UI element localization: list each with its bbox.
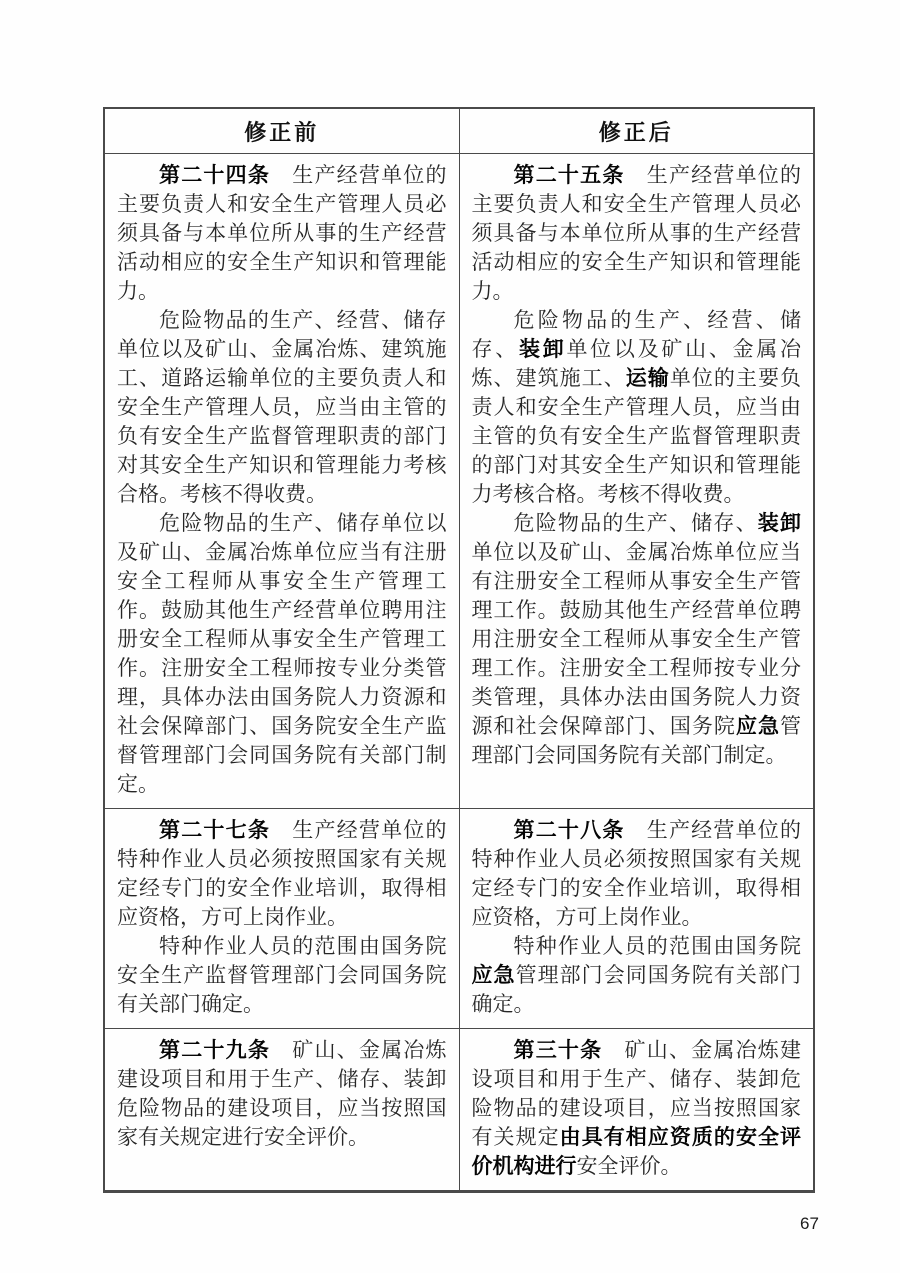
before-cell-row-1: 第二十四条 生产经营单位的主要负责人和安全生产管理人员必须具备与本单位所从事的生…	[104, 154, 459, 809]
comparison-row-2: 第二十七条 生产经营单位的特种作业人员必须按照国家有关规定经专门的安全作业培训，…	[104, 809, 814, 1029]
column-header-after: 修正后	[459, 108, 814, 154]
amended-text-run: 装卸	[758, 512, 801, 535]
amended-text-run: 装卸	[519, 338, 566, 361]
table-header: 修正前 修正后	[104, 108, 814, 154]
amended-text-run: 应急	[736, 715, 780, 738]
amended-text-run: 应急	[472, 964, 516, 987]
document-page: 修正前 修正后 第二十四条 生产经营单位的主要负责人和安全生产管理人员必须具备与…	[0, 0, 900, 1273]
amendment-comparison-table: 修正前 修正后 第二十四条 生产经营单位的主要负责人和安全生产管理人员必须具备与…	[103, 107, 815, 1193]
header-row: 修正前 修正后	[104, 108, 814, 154]
amended-text-run: 第三十条	[514, 1039, 603, 1062]
paragraph: 第三十条 矿山、金属冶炼建设项目和用于生产、储存、装卸危险物品的建设项目，应当按…	[472, 1036, 802, 1181]
paragraph: 第二十九条 矿山、金属冶炼建设项目和用于生产、储存、装卸危险物品的建设项目，应当…	[117, 1036, 447, 1152]
paragraph: 危险物品的生产、经营、储存、装卸单位以及矿山、金属冶炼、建筑施工、运输单位的主要…	[472, 306, 802, 509]
page-number: 67	[800, 1214, 819, 1234]
paragraph: 危险物品的生产、储存单位以及矿山、金属冶炼单位应当有注册安全工程师从事安全生产管…	[117, 509, 447, 799]
text-run: 安全评价。	[577, 1154, 682, 1178]
after-cell-row-1: 第二十五条 生产经营单位的主要负责人和安全生产管理人员必须具备与本单位所从事的生…	[459, 154, 814, 809]
text-run: 危险物品的生产、经营、储存单位以及矿山、金属冶炼、建筑施工、道路运输单位的主要负…	[117, 308, 447, 506]
text-run: 危险物品的生产、储存单位以及矿山、金属冶炼单位应当有注册安全工程师从事安全生产管…	[117, 511, 447, 796]
amended-text-run: 第二十四条	[159, 164, 270, 187]
text-run: 特种作业人员的范围由国务院安全生产监督管理部门会同国务院有关部门确定。	[117, 934, 447, 1016]
paragraph: 第二十四条 生产经营单位的主要负责人和安全生产管理人员必须具备与本单位所从事的生…	[117, 161, 447, 306]
text-run: 危险物品的生产、储存、	[514, 511, 758, 535]
text-run: 单位以及矿山、金属冶炼单位应当有注册安全工程师从事安全生产管理工作。鼓励其他生产…	[472, 540, 802, 738]
after-cell-row-2: 第二十八条 生产经营单位的特种作业人员必须按照国家有关规定经专门的安全作业培训，…	[459, 809, 814, 1029]
amended-text-run: 第二十九条	[159, 1039, 270, 1062]
paragraph: 第二十八条 生产经营单位的特种作业人员必须按照国家有关规定经专门的安全作业培训，…	[472, 816, 802, 932]
paragraph: 危险物品的生产、经营、储存单位以及矿山、金属冶炼、建筑施工、道路运输单位的主要负…	[117, 306, 447, 509]
text-run: 特种作业人员的范围由国务院	[514, 934, 802, 958]
before-cell-row-3: 第二十九条 矿山、金属冶炼建设项目和用于生产、储存、装卸危险物品的建设项目，应当…	[104, 1029, 459, 1192]
amended-text-run: 第二十八条	[514, 819, 625, 842]
paragraph: 危险物品的生产、储存、装卸单位以及矿山、金属冶炼单位应当有注册安全工程师从事安全…	[472, 509, 802, 770]
table-body: 第二十四条 生产经营单位的主要负责人和安全生产管理人员必须具备与本单位所从事的生…	[104, 154, 814, 1192]
comparison-row-3: 第二十九条 矿山、金属冶炼建设项目和用于生产、储存、装卸危险物品的建设项目，应当…	[104, 1029, 814, 1192]
amended-text-run: 第二十五条	[514, 164, 625, 187]
text-run: 管理部门会同国务院有关部门确定。	[472, 963, 802, 1016]
before-cell-row-2: 第二十七条 生产经营单位的特种作业人员必须按照国家有关规定经专门的安全作业培训，…	[104, 809, 459, 1029]
amended-text-run: 运输	[626, 367, 670, 390]
paragraph: 特种作业人员的范围由国务院安全生产监督管理部门会同国务院有关部门确定。	[117, 932, 447, 1019]
paragraph: 第二十五条 生产经营单位的主要负责人和安全生产管理人员必须具备与本单位所从事的生…	[472, 161, 802, 306]
paragraph: 第二十七条 生产经营单位的特种作业人员必须按照国家有关规定经专门的安全作业培训，…	[117, 816, 447, 932]
paragraph: 特种作业人员的范围由国务院应急管理部门会同国务院有关部门确定。	[472, 932, 802, 1019]
after-cell-row-3: 第三十条 矿山、金属冶炼建设项目和用于生产、储存、装卸危险物品的建设项目，应当按…	[459, 1029, 814, 1192]
amended-text-run: 第二十七条	[159, 819, 270, 842]
column-header-before: 修正前	[104, 108, 459, 154]
comparison-row-1: 第二十四条 生产经营单位的主要负责人和安全生产管理人员必须具备与本单位所从事的生…	[104, 154, 814, 809]
